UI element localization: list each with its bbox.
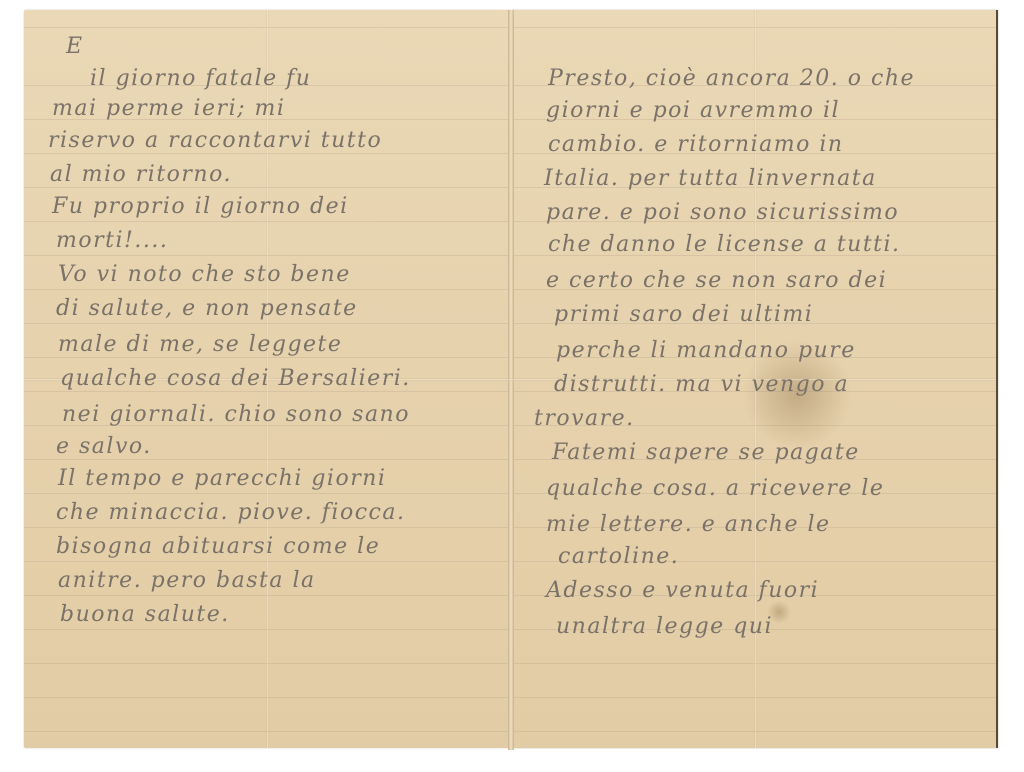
handwritten-line: primi saro dei ultimi xyxy=(554,302,813,327)
handwritten-line: Italia. per tutta linvernata xyxy=(544,166,877,191)
handwritten-line: Fatemi sapere se pagate xyxy=(552,440,860,465)
handwritten-line: anitre. pero basta la xyxy=(58,568,316,593)
handwritten-line: Fu proprio il giorno dei xyxy=(52,194,349,219)
handwritten-line: mie lettere. e anche le xyxy=(546,512,831,537)
handwritten-line: bisogna abituarsi come le xyxy=(56,534,380,559)
handwritten-line: Vo vi noto che sto bene xyxy=(58,262,351,287)
handwritten-line: cambio. e ritorniamo in xyxy=(548,132,844,157)
handwritten-line: che danno le license a tutti. xyxy=(548,232,901,257)
handwritten-line: giorni e poi avremmo il xyxy=(546,98,840,123)
handwritten-line: E xyxy=(66,34,84,59)
handwritten-line: nei giornali. chio sono sano xyxy=(62,402,410,427)
handwritten-line: cartoline. xyxy=(558,544,679,569)
handwritten-line: Adesso e venuta fuori xyxy=(546,578,819,603)
handwritten-line: mai perme ieri; mi xyxy=(52,96,285,121)
handwritten-line: che minaccia. piove. fiocca. xyxy=(56,500,405,525)
handwritten-line: unaltra legge qui xyxy=(556,614,773,639)
handwritten-line: di salute, e non pensate xyxy=(56,296,358,321)
handwritten-line: e salvo. xyxy=(56,434,152,459)
handwritten-line: distrutti. ma vi vengo a xyxy=(554,372,849,397)
handwritten-line: il giorno fatale fu xyxy=(90,66,311,91)
handwritten-line: perche li mandano pure xyxy=(556,338,856,363)
handwritten-line: riservo a raccontarvi tutto xyxy=(48,128,382,153)
handwritten-line: buona salute. xyxy=(60,602,230,627)
handwritten-line: Presto, cioè ancora 20. o che xyxy=(548,66,915,91)
handwritten-line: Il tempo e parecchi giorni xyxy=(58,466,386,491)
handwritten-line: qualche cosa. a ricevere le xyxy=(546,476,884,501)
handwritten-line: morti!.... xyxy=(56,228,168,253)
handwritten-line: e certo che se non saro dei xyxy=(546,268,887,293)
handwritten-line: male di me, se leggete xyxy=(58,332,342,357)
handwritten-line: pare. e poi sono sicurissimo xyxy=(546,200,899,225)
handwritten-line: trovare. xyxy=(534,406,635,431)
handwritten-line: al mio ritorno. xyxy=(50,162,232,187)
handwritten-line: qualche cosa dei Bersalieri. xyxy=(60,366,411,391)
